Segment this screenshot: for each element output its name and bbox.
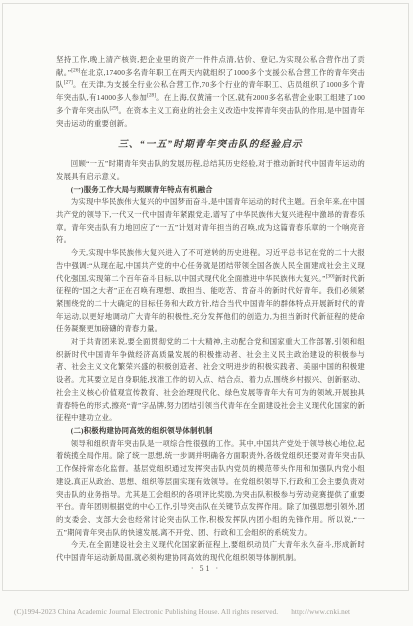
citation-ref: [27] <box>64 80 73 86</box>
journal-page: 坚持工作,晚上清产核资,把企业里的资产一件件点清,估价、登记,为实现公私合营作出… <box>0 0 413 626</box>
text-run: 对于共青团来说,要全面贯彻党的二十大精神,主动配合党和国家重大工作部署,引领和组… <box>56 337 365 422</box>
text-run: 今天,实现中华民族伟大复兴进入了不可逆转的历史进程。习近平总书记在党的二十大报告… <box>56 248 365 282</box>
page-content: 坚持工作,晚上清产核资,把企业里的资产一件件点清,估价、登记,为实现公私合营作出… <box>56 54 365 565</box>
section-heading: 三、“一五”时期青年突击队的经验启示 <box>56 138 365 151</box>
paragraph: 今天,实现中华民族伟大复兴进入了不可逆转的历史进程。习近平总书记在党的二十大报告… <box>56 247 365 336</box>
paragraph: 领导和组织青年突击队是一项综合性很强的工作。其中,中国共产党处于领导核心地位,起… <box>56 438 365 540</box>
citation-ref: [30] <box>326 273 335 279</box>
citation-ref: [26] <box>71 67 80 73</box>
copyright-footer: (C)1994-2023 China Academic Journal Elec… <box>14 608 405 616</box>
sub-heading-1: (一)服务工作大局与照顾青年特点有机融合 <box>56 184 365 197</box>
paragraph: 今天,在全面建设社会主义现代化国家新征程上,要组织动员广大青年永久奋斗,形成新时… <box>56 539 365 564</box>
paragraph: 为实现中华民族伟大复兴的中国梦而奋斗,是中国青年运动的时代主题。百余年来,在中国… <box>56 196 365 247</box>
scanned-page-area: 坚持工作,晚上清产核资,把企业里的资产一件件点清,估价、登记,为实现公私合营作出… <box>2 3 409 591</box>
paragraph-continuation: 坚持工作,晚上清产核资,把企业里的资产一件件点清,估价、登记,为实现公私合营作出… <box>56 54 365 130</box>
copyright-text: (C)1994-2023 China Academic Journal Elec… <box>14 608 278 616</box>
sub-heading-2: (二)积极构建协同高效的组织领导体制机制 <box>56 425 365 438</box>
citation-ref: [28] <box>147 93 156 99</box>
paragraph: 对于共青团来说,要全面贯彻党的二十大精神,主动配合党和国家重大工作部署,引领和组… <box>56 336 365 425</box>
text-run: 回顾“一五”时期青年突击队的发展历程,总结其历史经验,对于推动新时代中国青年运动… <box>56 159 365 181</box>
text-run: 为实现中华民族伟大复兴的中国梦而奋斗,是中国青年运动的时代主题。百余年来,在中国… <box>56 197 365 244</box>
cnki-url: http://www.cnki.net <box>291 608 350 616</box>
paragraph: 回顾“一五”时期青年突击队的发展历程,总结其历史经验,对于推动新时代中国青年运动… <box>56 158 365 183</box>
text-run: 领导和组织青年突击队是一项综合性很强的工作。其中,中国共产党处于领导核心地位,起… <box>56 439 365 537</box>
text-run: 今天,在全面建设社会主义现代化国家新征程上,要组织动员广大青年永久奋斗,形成新时… <box>56 540 365 562</box>
page-number: · 51 · <box>3 564 408 573</box>
